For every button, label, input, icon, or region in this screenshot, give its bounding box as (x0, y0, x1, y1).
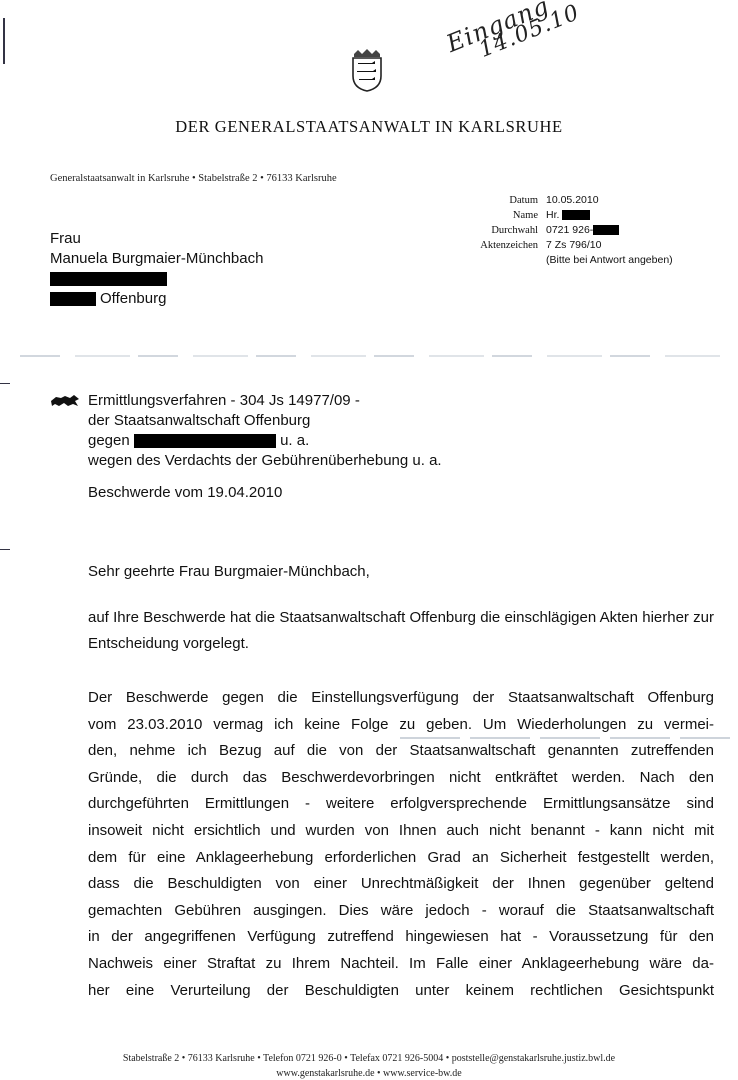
paragraph-line: Der Beschwerde gegen die Einstellungsver… (88, 685, 714, 712)
paragraph-line: durchgeführten Ermittlungen - weitere er… (88, 791, 714, 818)
phone-label: Durchwahl (470, 223, 546, 238)
meta-row-file: Aktenzeichen 7 Zs 796/10 (470, 238, 673, 253)
subject-line-1: Ermittlungsverfahren - 304 Js 14977/09 - (50, 391, 442, 411)
phone-prefix: 0721 926- (546, 224, 593, 236)
binder-mark (0, 549, 10, 550)
footer-address-line: Stabelstraße 2 • 76133 Karlsruhe • Telef… (0, 1051, 738, 1066)
phone-value: 0721 926- (546, 223, 619, 238)
redaction-box (50, 272, 167, 286)
authority-title: DER GENERALSTAATSANWALT IN KARLSRUHE (0, 117, 738, 137)
subject-line-3: gegen u. a. (50, 431, 442, 451)
recipient-salutation: Frau (50, 229, 263, 249)
paragraph-line: Gründe, die durch das Beschwerdevorbring… (88, 765, 714, 792)
letter-salutation: Sehr geehrte Frau Burgmaier-Münchbach, (88, 563, 370, 580)
name-prefix: Hr. (546, 209, 559, 221)
file-number-label: Aktenzeichen (470, 238, 546, 253)
recipient-street-redacted (50, 269, 263, 289)
redaction-box (593, 225, 619, 235)
meta-row-date: Datum 10.05.2010 (470, 193, 673, 208)
redaction-box (50, 292, 96, 306)
file-number-value: 7 Zs 796/10 (546, 238, 601, 253)
redaction-box (134, 434, 276, 448)
subject-against: gegen (88, 432, 130, 449)
name-label: Name (470, 208, 546, 223)
paragraph-line: vom 23.03.2010 vermag ich keine Folge zu… (88, 712, 714, 739)
paragraph-line: dem für eine Anklageerhebung erforderlic… (88, 845, 714, 872)
file-number-note: (Bitte bei Antwort angeben) (470, 253, 673, 268)
lion-pointer-icon (50, 394, 80, 408)
date-label: Datum (470, 193, 546, 208)
handwritten-receipt-note: Eingang 14.05.10 (445, 8, 595, 78)
scan-fold-line (20, 355, 720, 357)
recipient-name: Manuela Burgmaier-Münchbach (50, 249, 263, 269)
subject-et-al: u. a. (280, 432, 309, 449)
recipient-address: Frau Manuela Burgmaier-Münchbach Offenbu… (50, 229, 263, 309)
binder-mark (3, 18, 5, 64)
paragraph-line: insoweit nicht ersichtlich und wurden vo… (88, 818, 714, 845)
letter-meta-block: Datum 10.05.2010 Name Hr. Durchwahl 0721… (470, 193, 673, 268)
paragraph-line: den, nehme ich Bezug auf die von der Sta… (88, 738, 714, 765)
paragraph-line: her eine Verurteilung der Beschuldigten … (88, 978, 714, 1005)
letter-footer: Stabelstraße 2 • 76133 Karlsruhe • Telef… (0, 1051, 738, 1080)
recipient-city: Offenburg (100, 290, 166, 307)
paragraph-line: gemachten Gebühren ausgingen. Dies wäre … (88, 898, 714, 925)
sender-address-line: Generalstaatsanwalt in Karlsruhe • Stabe… (50, 173, 337, 184)
subject-line-2: der Staatsanwaltschaft Offenburg (50, 411, 442, 431)
name-value: Hr. (546, 208, 590, 223)
meta-row-note: (Bitte bei Antwort angeben) (470, 253, 673, 268)
paragraph-line: in der angegriffenen Verfügung zutreffen… (88, 924, 714, 951)
redaction-box (562, 210, 590, 220)
complaint-date: Beschwerde vom 19.04.2010 (88, 484, 282, 501)
binder-mark (0, 383, 10, 384)
subject-line-4: wegen des Verdachts der Gebührenüberhebu… (50, 451, 442, 471)
coat-of-arms-icon (350, 48, 384, 92)
body-paragraph-2: Der Beschwerde gegen die Einstellungsver… (88, 685, 714, 1004)
recipient-city-line: Offenburg (50, 289, 263, 309)
paragraph-line: dass die Beschuldigten von einer Unrecht… (88, 871, 714, 898)
paragraph-line: Nachweis einer Straftat zu Ihrem Nachtei… (88, 951, 714, 978)
date-value: 10.05.2010 (546, 193, 599, 208)
meta-row-name: Name Hr. (470, 208, 673, 223)
subject-block: Ermittlungsverfahren - 304 Js 14977/09 -… (50, 391, 442, 471)
subject-case-number: Ermittlungsverfahren - 304 Js 14977/09 - (88, 391, 360, 411)
meta-row-phone: Durchwahl 0721 926- (470, 223, 673, 238)
footer-web-line: www.genstakarlsruhe.de • www.service-bw.… (0, 1066, 738, 1080)
body-paragraph-1: auf Ihre Beschwerde hat die Staatsanwalt… (88, 605, 714, 657)
